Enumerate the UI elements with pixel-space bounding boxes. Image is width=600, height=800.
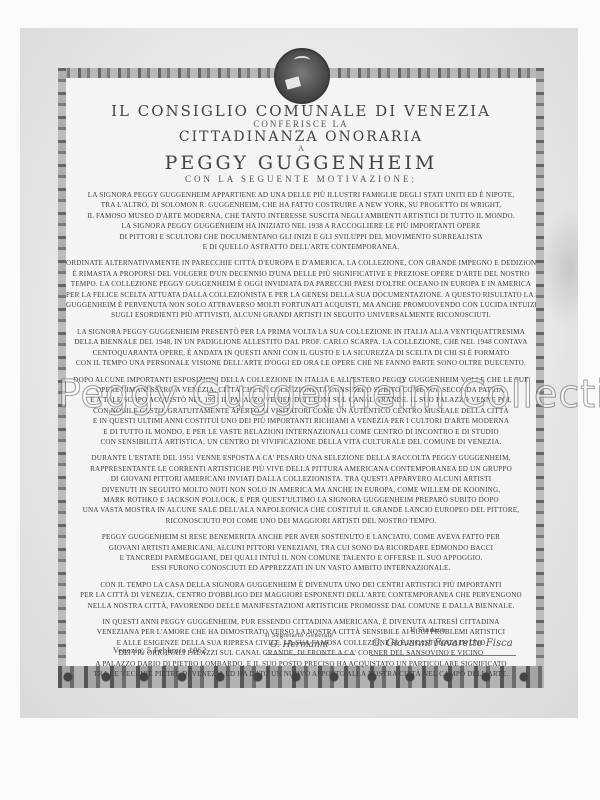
secretary-title: Il Segretario Generale	[265, 632, 333, 639]
paragraph-line: Peggy Guggenheim si rese benemerita anch…	[66, 532, 536, 542]
paragraph: Ordinate alternativamente in parecchie c…	[66, 258, 536, 320]
paragraph-line: La signora Peggy Guggenheim presentò per…	[66, 327, 536, 337]
watermark: Peggy Guggenheim Collection	[58, 372, 578, 416]
heading-recipient: PEGGY GUGGENHEIM	[66, 152, 536, 174]
paragraph-line: Essi furono conosciuti ed apprezzati in …	[66, 563, 536, 573]
heading-citizenship: CITTADINANZA ONORARIA	[66, 129, 536, 145]
paragraph-line: Con il tempo la casa della signora Gugge…	[66, 580, 536, 590]
paragraph-line: sugli esordienti più attivisti, alcuni g…	[66, 310, 536, 320]
paragraph-line: e di quello astratto dell'arte contempor…	[66, 242, 536, 252]
paragraph-line: tra le vecchie pietre di Venezia ed ha d…	[66, 669, 536, 679]
motivation-paragraphs: La signora Peggy Guggenheim appartiene a…	[66, 190, 536, 679]
paragraph-line: rappresentante le correnti artistiche pi…	[66, 464, 536, 474]
book-icon	[285, 76, 301, 89]
paragraph-line: e Tancredi Parmeggiani, dei quali intuì …	[66, 553, 536, 563]
heading-motivation: CON LA SEGUENTE MOTIVAZIONE:	[66, 174, 536, 184]
paragraph-line: e in questi ultimi anni costituì uno dei…	[66, 416, 536, 426]
paragraph-line: centoquaranta opere, è andata in questi …	[66, 348, 536, 358]
paragraph-line: e di tutto il mondo, e per le vaste rela…	[66, 427, 536, 437]
heading-confers: CONFERISCE LA	[66, 119, 536, 129]
paragraph-line: La signora Peggy Guggenheim ha iniziato …	[66, 221, 536, 231]
mayor-title: Il Sindaco	[410, 625, 446, 634]
paragraph-line: Ordinate alternativamente in parecchie c…	[66, 258, 536, 268]
certificate-date: Venezia, 5 Febbraio 1962	[113, 646, 207, 655]
signature-line-left	[265, 654, 355, 655]
paragraph: La signora Peggy Guggenheim appartiene a…	[66, 190, 536, 252]
paragraph-line: per la città di Venezia, centro d'obblig…	[66, 590, 536, 600]
paragraph-line: di giovani pittori americani inviati dal…	[66, 474, 536, 484]
paragraph-line: è rimasta a proporsi del volgere d'un de…	[66, 269, 536, 279]
paragraph-line: per la felice scelta attuata dalla colle…	[66, 290, 536, 300]
paragraph: La signora Peggy Guggenheim presentò per…	[66, 327, 536, 369]
paragraph-line: divenuti in seguito molto noti non solo …	[66, 485, 536, 495]
paragraph-line: La signora Peggy Guggenheim appartiene a…	[66, 190, 536, 200]
paragraph: Durante l'estate del 1951 venne esposta …	[66, 453, 536, 526]
lion-of-st-mark-medallion-icon	[274, 48, 330, 104]
halo-icon	[294, 56, 310, 64]
paragraph-line: giovani artisti americani, alcuni pittor…	[66, 543, 536, 553]
paragraph-line: Guggenheim è pervenuta non solo attraver…	[66, 300, 536, 310]
mayor-signature: G. Giovanni Favaretto Fisca	[372, 638, 513, 649]
paragraph-line: di pittori e scultori che documentano gl…	[66, 232, 536, 242]
paragraph-line: Mark Rothko e Jackson Pollock, e per que…	[66, 495, 536, 505]
paragraph-line: una vasta mostra in alcune sale dell'Ala…	[66, 505, 536, 515]
paragraph-line: con il tempo una personale visione dell'…	[66, 358, 536, 368]
paragraph-line: a Palazzo Dario di Pietro Lombardo, e il…	[66, 659, 536, 669]
heading-council: IL CONSIGLIO COMUNALE DI VENEZIA	[66, 102, 536, 120]
paragraph: Peggy Guggenheim si rese benemerita anch…	[66, 532, 536, 574]
paragraph-line: Durante l'estate del 1951 venne esposta …	[66, 453, 536, 463]
paragraph-line: In questi anni Peggy Guggenheim, pur ess…	[66, 617, 536, 627]
paragraph-line: tra l'altro, di Solomon R. Guggenheim, c…	[66, 200, 536, 210]
paragraph-line: il famoso Museo d'Arte Moderna, che tant…	[66, 211, 536, 221]
paragraph: Con il tempo la casa della signora Gugge…	[66, 580, 536, 611]
signature-line-right	[370, 655, 516, 656]
paragraph-line: tempo. La collezione Peggy Guggenheim è …	[66, 279, 536, 289]
paragraph-line: nella nostra città, favorendo delle mani…	[66, 601, 536, 611]
secretary-signature: G. Hermanni	[270, 640, 328, 650]
paragraph-line: con sensibilità artistica, un centro di …	[66, 437, 536, 447]
paragraph-line: della Biennale del 1948, in un padiglion…	[66, 337, 536, 347]
paragraph-line: riconosciuto poi come uno dei maggiori a…	[66, 516, 536, 526]
